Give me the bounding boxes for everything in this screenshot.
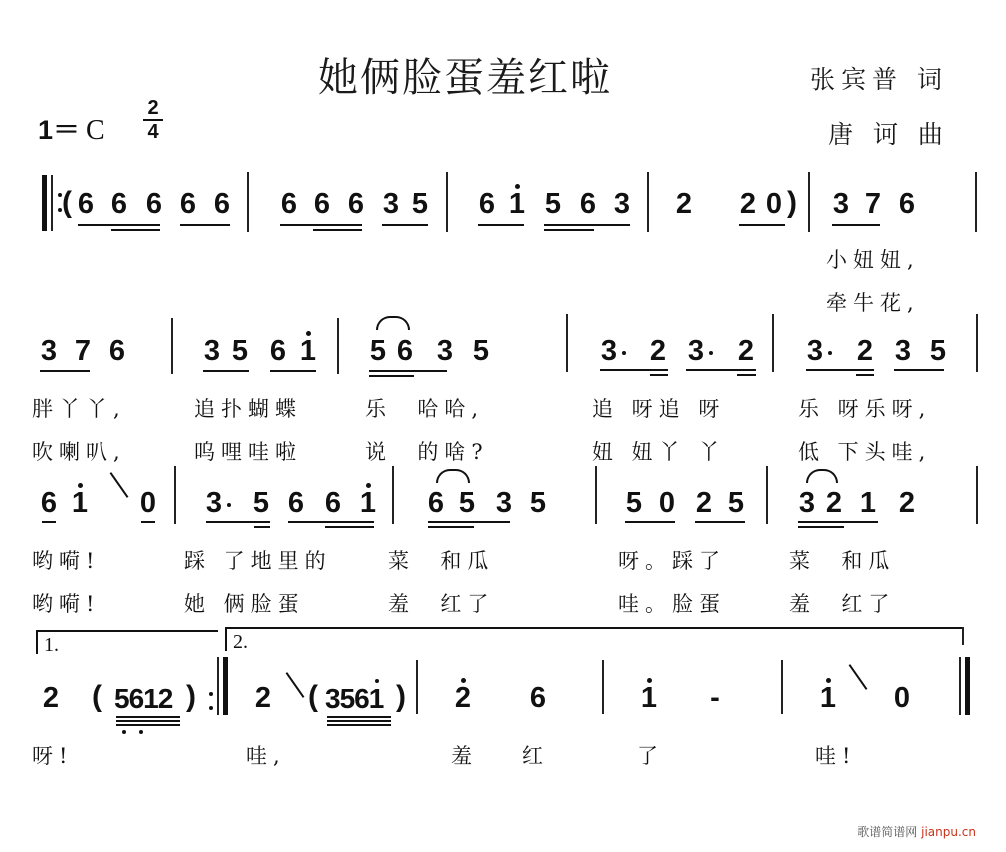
close-paren: ) [186,680,196,714]
beam [625,521,675,523]
beam [327,716,391,718]
slur [806,469,838,483]
beam [111,229,160,231]
lyric-verse1: 菜 和瓜 [789,545,895,575]
barline [51,175,53,231]
watermark-url: jianpu.cn [921,825,976,839]
note: 6 [211,189,233,219]
lyric-verse1: 追扑蝴蝶 [194,393,302,423]
lyric-verse2: 牵牛花, [826,287,920,317]
barline [595,466,597,524]
close-paren: ) [787,186,797,220]
note-group-3561: 3561 [325,683,383,715]
beam [739,224,785,226]
beam [650,374,668,376]
note-dotted: 3 [203,488,225,518]
beam [116,724,180,726]
note: 6 [143,189,165,219]
barline [602,660,604,714]
key-signature: 1＝C [38,108,105,147]
key-label: 1＝ [38,115,80,145]
lyric: 哇, [246,740,286,770]
repeat-dot [209,706,213,710]
augmentation-dot [709,351,713,355]
note: 3 [493,488,515,518]
note: 6 [425,488,447,518]
beam [327,720,391,722]
lyric: 红 [522,740,549,770]
note: 5 [470,336,492,366]
close-paren: ) [396,680,406,714]
barline [217,657,219,715]
note: 2 [854,336,876,366]
note: 6 [577,189,599,219]
note: 6 [278,189,300,219]
note-high: 1 [817,683,839,713]
beam [116,720,180,722]
beam [737,374,756,376]
note: 6 [267,336,289,366]
note-dotted: 3 [685,336,707,366]
note-high: 2 [452,683,474,713]
beam [695,521,745,523]
volta-2: 2. [225,627,964,651]
beam [206,521,270,523]
note: 7 [862,189,884,219]
barline [392,466,394,524]
note: 2 [673,189,695,219]
note: 2 [693,488,715,518]
final-barline [965,657,970,715]
note: 1 [857,488,879,518]
lyric-verse1: 踩 了地里的 [184,545,332,575]
slur [376,316,410,330]
beam [254,526,270,528]
barline [247,172,249,232]
note: 2 [737,189,759,219]
open-paren: ( [92,680,102,714]
glissando-mark [110,472,129,498]
note: 6 [527,683,549,713]
lyric: 羞 [451,740,478,770]
beam [428,521,510,523]
beam [280,224,362,226]
low-octave-dot [122,730,126,734]
note: 5 [725,488,747,518]
note: 6 [285,488,307,518]
lyric-verse2: 吹喇叭, [32,436,126,466]
beam [478,224,524,226]
beam [798,521,878,523]
barline [566,314,568,372]
lyric-verse2: 哇。脸蛋 [618,588,726,618]
note: 5 [456,488,478,518]
note: 5 [623,488,645,518]
lyric-verse1: 呀。踩了 [618,545,726,575]
time-top: 2 [143,98,163,118]
barline [959,657,961,715]
note: 2 [735,336,757,366]
note: 6 [896,189,918,219]
beam [428,526,474,528]
beam [42,521,56,523]
note-high: 1 [69,488,91,518]
note: 6 [108,189,130,219]
augmentation-dot [622,351,626,355]
note-dotted: 3 [804,336,826,366]
volta-1-label: 1. [44,634,59,657]
barline [416,660,418,714]
lyric-verse2: 低 下头哇, [798,436,931,466]
note: 6 [322,488,344,518]
note: 6 [75,189,97,219]
repeat-end-barline [223,657,228,715]
note: 2 [252,683,274,713]
beam [686,369,756,371]
note: 2 [647,336,669,366]
note: 0 [656,488,678,518]
note: 0 [891,683,913,713]
note: 6 [106,336,128,366]
note-high: 1 [297,336,319,366]
barline [808,172,810,232]
note-group-5612: 5612 [114,683,172,715]
lyric: 哇! [815,740,856,770]
note: 5 [229,336,251,366]
note: 3 [796,488,818,518]
note: 2 [896,488,918,518]
note-high: 1 [638,683,660,713]
barline [772,314,774,372]
note: 3 [201,336,223,366]
volta-end [962,627,964,645]
beam [369,370,447,372]
beam [600,369,668,371]
note: 3 [434,336,456,366]
note: 3 [611,189,633,219]
key-letter: C [86,115,105,146]
beam [203,370,249,372]
barline [766,466,768,524]
barline [171,318,173,374]
glissando-mark [286,672,305,698]
lyric-verse1: 哟嗬! [32,545,100,575]
lyric: 了 [637,740,664,770]
lyric-verse1: 追 呀追 呀 [592,393,725,423]
note: 6 [476,189,498,219]
beam [382,224,428,226]
barline [976,466,978,524]
note: 3 [38,336,60,366]
beam [288,521,374,523]
augmentation-dot [828,351,832,355]
note: 5 [542,189,564,219]
lyric-verse2: 她 俩脸蛋 [184,588,305,618]
repeat-start-barline [42,175,47,231]
note: 5 [527,488,549,518]
note: 2 [823,488,845,518]
lyric-verse1: 胖丫丫, [32,393,126,423]
note: 7 [72,336,94,366]
note: 0 [137,488,159,518]
song-title: 她俩脸蛋羞红啦 [318,46,612,103]
barline [446,172,448,232]
open-paren: ( [308,680,318,714]
note: 5 [927,336,949,366]
composer-credit: 唐 诃 曲 [828,115,949,151]
note-high: 1 [357,488,379,518]
beam [798,526,844,528]
beam [313,229,362,231]
lyric-verse1: 乐 哈哈, [365,393,484,423]
watermark-site-name: 歌谱简谱网 [857,825,917,839]
barline [174,466,176,524]
note: 3 [892,336,914,366]
note: 5 [367,336,389,366]
repeat-dot [209,692,213,696]
lyric-verse1: 乐 呀乐呀, [798,393,931,423]
note: 6 [345,189,367,219]
barline [975,172,977,232]
beam [116,716,180,718]
lyric-verse1: 小妞妞, [826,244,920,274]
lyric-verse2: 哟嗬! [32,588,100,618]
barline [976,314,978,372]
beam [832,224,880,226]
lyric-verse1: 菜 和瓜 [388,545,494,575]
lyric-verse2: 呜哩哇啦 [194,436,302,466]
time-bottom: 4 [143,122,163,142]
glissando-mark [849,664,868,690]
open-paren: ( [62,186,72,220]
barline [337,318,339,374]
note: 0 [763,189,785,219]
barline [647,172,649,232]
beam [327,724,391,726]
lyric: 呀! [32,740,73,770]
volta-2-label: 2. [233,631,248,654]
beam [806,369,874,371]
time-signature: 2 4 [143,98,163,142]
watermark: 歌谱简谱网 jianpu.cn [857,823,976,840]
note-high: 1 [506,189,528,219]
low-octave-dot [139,730,143,734]
beam [325,526,374,528]
note: 3 [830,189,852,219]
lyricist-credit: 张宾普 词 [810,60,948,96]
beam [369,375,414,377]
lyric-verse2: 妞 妞丫 丫 [592,436,725,466]
note: 3 [380,189,402,219]
note: 5 [409,189,431,219]
note: 6 [38,488,60,518]
lyric-verse2: 羞 红了 [388,588,494,618]
beam [141,521,155,523]
volta-1: 1. [36,630,218,654]
note: 6 [177,189,199,219]
beam [180,224,230,226]
beam [894,369,944,371]
beam [856,374,874,376]
note: 2 [40,683,62,713]
lyric-verse2: 说 的啥? [365,436,489,466]
beam [270,370,316,372]
beam [544,229,594,231]
beam [544,224,630,226]
beam [78,224,160,226]
note: 5 [250,488,272,518]
lyric-verse2: 羞 红了 [789,588,895,618]
dash-sustain: - [704,683,726,713]
slur [436,469,470,483]
barline [781,660,783,714]
note-dotted: 3 [598,336,620,366]
note: 6 [394,336,416,366]
beam [40,370,90,372]
note: 6 [311,189,333,219]
augmentation-dot [227,503,231,507]
